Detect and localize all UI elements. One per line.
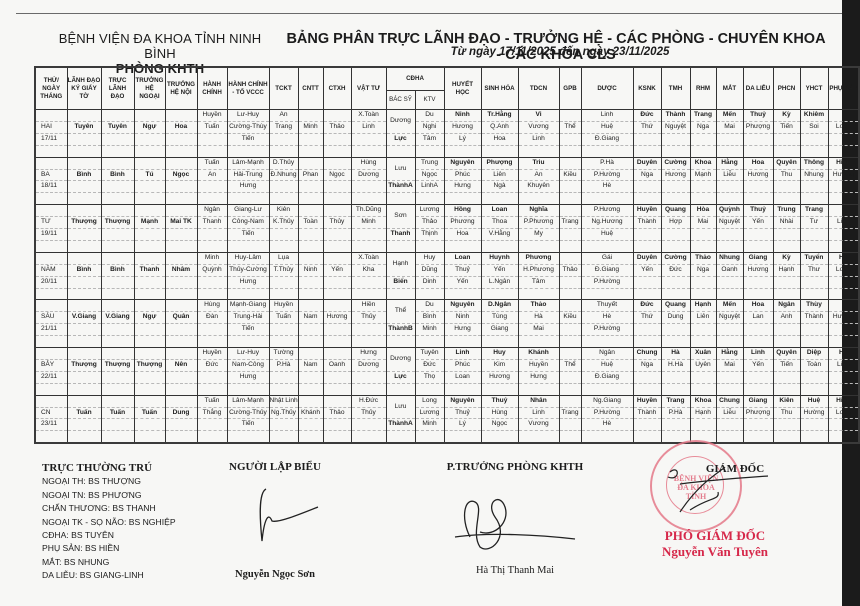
cell-blank: [165, 110, 197, 122]
hematology-cell: Hồng: [444, 205, 481, 217]
cell-blank: [323, 133, 351, 145]
day-date: 18/11: [35, 181, 67, 193]
cell-blank: [661, 276, 690, 288]
cell-blank: [386, 193, 415, 205]
cell-blank: [134, 336, 165, 348]
day-name: NĂM: [35, 264, 67, 276]
cell-blank: [559, 181, 581, 193]
admin-vccc-cell: Cường-Thủy: [227, 407, 269, 419]
cell-blank: [134, 431, 165, 443]
cell-blank: [828, 431, 859, 443]
cell-blank: [773, 419, 800, 431]
cdha-doctor-cell: Lưu: [386, 395, 415, 419]
signing-leader-cell: Bình: [67, 264, 101, 276]
cell-blank: [559, 431, 581, 443]
cell-blank: [323, 371, 351, 383]
cell-blank: [828, 133, 859, 145]
tmh-cell: Thành: [661, 110, 690, 122]
cell-blank: [101, 431, 134, 443]
day-cell-blank: [35, 336, 67, 348]
cell-blank: [633, 371, 661, 383]
cell-blank: [323, 300, 351, 312]
cell-blank: [773, 276, 800, 288]
director-signature-icon: [660, 462, 770, 522]
cell-blank: [67, 181, 101, 193]
dermatology-cell: Giang: [743, 395, 773, 407]
admin-vccc-cell: Hải-Trung: [227, 169, 269, 181]
cell-blank: [481, 193, 518, 205]
cell-blank: [165, 276, 197, 288]
cell-blank: [743, 145, 773, 157]
cdha-technician-cell: Thịnh: [415, 229, 444, 241]
day-cell-blank: [35, 288, 67, 300]
ksnk-cell: Yến: [633, 264, 661, 276]
biochemistry-cell: Kim: [481, 359, 518, 371]
cell-blank: [559, 371, 581, 383]
cell-blank: [481, 431, 518, 443]
cell-blank: [298, 240, 323, 252]
col-header-internal-head: TRƯỞNG HỆ NỘI: [165, 67, 197, 110]
phcn-cell: Anh: [773, 312, 800, 324]
hematology-cell: Phúc: [444, 169, 481, 181]
hematology-cell: Lý: [444, 133, 481, 145]
admin-cell: Quỳnh: [197, 264, 227, 276]
cell-blank: [828, 193, 859, 205]
dermatology-cell: Thuỷ: [743, 110, 773, 122]
eye-cell: Chung: [716, 395, 743, 407]
cell-blank: [633, 383, 661, 395]
cntt-cell: Ninh: [298, 264, 323, 276]
col-header-cdha-doctor: BÁC SỸ: [386, 91, 415, 110]
cell-blank: [716, 240, 743, 252]
surgical-head-cell: Tuấn: [134, 407, 165, 419]
obstetrics-cell: Hiền: [828, 395, 859, 407]
cell-blank: [298, 193, 323, 205]
rhm-cell: Uyên: [690, 359, 716, 371]
cell-blank: [518, 336, 559, 348]
cell-blank: [227, 145, 269, 157]
yhct-cell: Soi: [800, 121, 828, 133]
tckt-cell: Trang: [269, 121, 298, 133]
eye-cell: Oanh: [716, 264, 743, 276]
admin-cell: [197, 419, 227, 431]
cell-blank: [67, 419, 101, 431]
cell-blank: [101, 110, 134, 122]
resident-duty-line: MẮT: BS NHUNG: [42, 556, 176, 569]
cell-blank: [415, 193, 444, 205]
gpb-cell: Trang: [559, 217, 581, 229]
rhm-cell: Hạnh: [690, 300, 716, 312]
tdcn-cell: Tâm: [518, 276, 559, 288]
ctxh-cell: Hương: [323, 312, 351, 324]
table-row: 20/11HưngBiểnDinhYếnL.NgânTâmP.Hường: [35, 276, 859, 288]
cell-blank: [67, 229, 101, 241]
cell-blank: [444, 288, 481, 300]
cdha-technician-cell: Ngọc: [415, 169, 444, 181]
cell-blank: [323, 240, 351, 252]
biochemistry-cell: Yến: [481, 264, 518, 276]
cell-blank: [828, 145, 859, 157]
cell-blank: [67, 383, 101, 395]
tckt-cell: [269, 133, 298, 145]
cell-blank: [559, 348, 581, 360]
cell-blank: [828, 324, 859, 336]
col-header-tdcn: TDCN: [518, 67, 559, 110]
hematology-cell: Phương: [444, 217, 481, 229]
admin-vccc-cell: Nam-Công: [227, 359, 269, 371]
ctxh-cell: Thủy: [323, 217, 351, 229]
cell-blank: [269, 431, 298, 443]
cell-blank: [481, 288, 518, 300]
cell-blank: [298, 110, 323, 122]
biochemistry-cell: V.Hằng: [481, 229, 518, 241]
director-signature-block: PHÓ GIÁM ĐỐC Nguyễn Văn Tuyên: [640, 528, 790, 560]
cell-blank: [716, 145, 743, 157]
tdcn-cell: Nghĩa: [518, 205, 559, 217]
phcn-cell: Hạnh: [773, 264, 800, 276]
phcn-cell: Kỳ: [773, 110, 800, 122]
cell-blank: [690, 145, 716, 157]
table-row: [35, 431, 859, 443]
cell-blank: [828, 336, 859, 348]
cell-blank: [716, 229, 743, 241]
admin-vccc-cell: Hưng: [227, 371, 269, 383]
hematology-cell: Nguyên: [444, 157, 481, 169]
col-header-gpb: GPB: [559, 67, 581, 110]
tckt-cell: D.Thủy: [269, 157, 298, 169]
cell-blank: [716, 371, 743, 383]
table-row: 18/11HưngThànhALinhAHưngNgàKhuyênHè: [35, 181, 859, 193]
supplies-cell: Thủy: [351, 407, 386, 419]
ksnk-cell: Đức: [633, 300, 661, 312]
internal-head-cell: Nhâm: [165, 264, 197, 276]
table-row: HuyềnLư-HuyTườngHưngDươngTuyênLinhHuyKhá…: [35, 348, 859, 360]
cell-blank: [351, 288, 386, 300]
day-cell-blank: [35, 431, 67, 443]
cell-blank: [197, 431, 227, 443]
tdcn-cell: Vi: [518, 110, 559, 122]
supplies-cell: X.Toàn: [351, 252, 386, 264]
tckt-cell: [269, 371, 298, 383]
admin-cell: [197, 133, 227, 145]
tdcn-cell: Huyền: [518, 359, 559, 371]
cntt-cell: Nam: [298, 312, 323, 324]
col-header-dermatology: DA LIỄU: [743, 67, 773, 110]
table-row: BABìnhBìnhTúNgọcAnHải-TrungĐ.NhungPhanNg…: [35, 169, 859, 181]
cell-blank: [134, 229, 165, 241]
cntt-cell: Khánh: [298, 407, 323, 419]
col-header-cdha-technician: KTV: [415, 91, 444, 110]
cell-blank: [559, 383, 581, 395]
tdcn-cell: P.Phương: [518, 217, 559, 229]
day-cell-blank: [35, 395, 67, 407]
dermatology-cell: Linh: [743, 348, 773, 360]
biochemistry-cell: Phượng: [481, 157, 518, 169]
day-name: BẢY: [35, 359, 67, 371]
eye-cell: Mai: [716, 359, 743, 371]
cell-blank: [800, 145, 828, 157]
obstetrics-cell: Hà: [828, 348, 859, 360]
cell-blank: [165, 193, 197, 205]
day-cell-blank: [35, 348, 67, 360]
col-header-surgical-head: TRƯỞNG HỆ NGOẠI: [134, 67, 165, 110]
tmh-cell: Cường: [661, 252, 690, 264]
hematology-cell: Thuỷ: [444, 407, 481, 419]
cell-blank: [298, 348, 323, 360]
cell-blank: [661, 193, 690, 205]
surgical-head-cell: Thanh: [134, 264, 165, 276]
cell-blank: [101, 288, 134, 300]
tdcn-cell: Vương: [518, 419, 559, 431]
rhm-cell: Nga: [690, 264, 716, 276]
supplies-cell: [351, 276, 386, 288]
tdcn-cell: Vương: [518, 121, 559, 133]
cdha-technician-cell: Du: [415, 300, 444, 312]
supplies-cell: H.Đức: [351, 395, 386, 407]
day-name: SÁU: [35, 312, 67, 324]
cell-blank: [444, 383, 481, 395]
cell-blank: [716, 324, 743, 336]
rhm-cell: Hòa: [690, 205, 716, 217]
admin-vccc-cell: Trung-Hải: [227, 312, 269, 324]
col-header-tmh: TMH: [661, 67, 690, 110]
duty-leader-cell: Bình: [101, 264, 134, 276]
pharmacy-cell: Ng.Giang: [581, 395, 633, 407]
tckt-cell: Lụa: [269, 252, 298, 264]
pharmacy-cell: Gái: [581, 252, 633, 264]
cell-blank: [828, 371, 859, 383]
gpb-cell: Thể: [559, 359, 581, 371]
eye-cell: Nhung: [716, 252, 743, 264]
ksnk-cell: Đức: [633, 110, 661, 122]
table-row: NĂMBìnhBìnhThanhNhâmQuỳnhThủy-CườngT.Thủ…: [35, 264, 859, 276]
phcn-cell: Quyên: [773, 157, 800, 169]
phcn-cell: Trung: [773, 205, 800, 217]
internal-head-cell: Nên: [165, 359, 197, 371]
resident-duty-line: NGOẠI TK - SỌ NÃO: BS NGHIỆP: [42, 516, 176, 529]
obstetrics-cell: Loan: [828, 121, 859, 133]
cell-blank: [269, 383, 298, 395]
cell-blank: [386, 288, 415, 300]
top-border-line: [16, 13, 842, 14]
cell-blank: [67, 240, 101, 252]
cell-blank: [323, 252, 351, 264]
biochemistry-cell: Ngọc: [481, 419, 518, 431]
cell-blank: [773, 145, 800, 157]
table-row: TuấnLâm-MạnhD.ThủyHùngLưuTrungNguyênPhượ…: [35, 157, 859, 169]
cell-blank: [101, 252, 134, 264]
supplies-cell: Dương: [351, 359, 386, 371]
cell-blank: [134, 240, 165, 252]
cell-blank: [351, 336, 386, 348]
cell-blank: [743, 383, 773, 395]
cell-blank: [716, 431, 743, 443]
cell-blank: [690, 324, 716, 336]
tckt-cell: Tuấn: [269, 312, 298, 324]
cell-blank: [323, 181, 351, 193]
resident-duty-line: PHỤ SẢN: BS HIỀN: [42, 542, 176, 555]
cell-blank: [101, 324, 134, 336]
obstetrics-cell: Loan: [828, 407, 859, 419]
cell-blank: [134, 110, 165, 122]
cell-blank: [298, 324, 323, 336]
eye-cell: Mai: [716, 121, 743, 133]
cell-blank: [559, 133, 581, 145]
cdha-doctor-cell: Hạnh: [386, 252, 415, 276]
cell-blank: [690, 133, 716, 145]
cell-blank: [828, 229, 859, 241]
cdha-technician-cell: Lương: [415, 205, 444, 217]
admin-cell: [197, 371, 227, 383]
dermatology-cell: Hoa: [743, 300, 773, 312]
tmh-cell: Quang: [661, 300, 690, 312]
cell-blank: [633, 229, 661, 241]
admin-vccc-cell: Tiến: [227, 324, 269, 336]
table-row: HuyềnLư-HuyAnX.ToànDươngDuNinhTr.HằngViL…: [35, 110, 859, 122]
tmh-cell: Dung: [661, 312, 690, 324]
cell-blank: [716, 336, 743, 348]
supplies-cell: Minh: [351, 217, 386, 229]
tmh-cell: P.Hà: [661, 407, 690, 419]
cell-blank: [690, 193, 716, 205]
cell-blank: [661, 181, 690, 193]
phcn-cell: Thu: [773, 169, 800, 181]
cell-blank: [298, 205, 323, 217]
col-header-tckt: TCKT: [269, 67, 298, 110]
cell-blank: [633, 336, 661, 348]
cell-blank: [633, 145, 661, 157]
cell-blank: [773, 431, 800, 443]
admin-cell: Hùng: [197, 300, 227, 312]
cell-blank: [351, 145, 386, 157]
cell-blank: [67, 348, 101, 360]
biochemistry-cell: Thoa: [481, 217, 518, 229]
cell-blank: [67, 300, 101, 312]
hematology-cell: Hoa: [444, 229, 481, 241]
cell-blank: [101, 348, 134, 360]
supplies-cell: Thủy: [351, 312, 386, 324]
cell-blank: [351, 240, 386, 252]
ksnk-cell: Thành: [633, 217, 661, 229]
resident-duty-line: CĐHA: BS TUYÊN: [42, 529, 176, 542]
cell-blank: [559, 395, 581, 407]
cell-blank: [800, 371, 828, 383]
cell-blank: [444, 145, 481, 157]
cell-blank: [165, 431, 197, 443]
day-date: 23/11: [35, 419, 67, 431]
obstetrics-cell: Hà: [828, 252, 859, 264]
cell-blank: [415, 145, 444, 157]
admin-vccc-cell: Cường-Thùy: [227, 121, 269, 133]
pharmacy-cell: P.Hường: [581, 169, 633, 181]
cell-blank: [101, 193, 134, 205]
cntt-cell: Minh: [298, 121, 323, 133]
cdha-technician-cell: Tuyên: [415, 348, 444, 360]
cell-blank: [386, 145, 415, 157]
gpb-cell: Thảo: [559, 264, 581, 276]
cell-blank: [481, 336, 518, 348]
phcn-cell: Tiến: [773, 121, 800, 133]
duty-leader-cell: V.Giang: [101, 312, 134, 324]
cell-blank: [581, 431, 633, 443]
cell-blank: [386, 336, 415, 348]
cell-blank: [165, 300, 197, 312]
tdcn-cell: Mai: [518, 324, 559, 336]
col-header-cdha: CĐHA: [386, 67, 444, 91]
cdha-doctor-cell: ThànhB: [386, 324, 415, 336]
internal-head-cell: Quân: [165, 312, 197, 324]
resident-duty-title: TRỰC THƯỜNG TRÚ: [42, 462, 176, 475]
cell-blank: [67, 133, 101, 145]
cell-blank: [351, 193, 386, 205]
biochemistry-cell: Tùng: [481, 312, 518, 324]
admin-vccc-cell: Tiến: [227, 419, 269, 431]
cell-blank: [633, 276, 661, 288]
rhm-cell: Nga: [690, 121, 716, 133]
hematology-cell: Thuỷ: [444, 264, 481, 276]
cdha-technician-cell: Đức: [415, 359, 444, 371]
cell-blank: [298, 157, 323, 169]
cell-blank: [690, 419, 716, 431]
cell-blank: [743, 324, 773, 336]
cdha-doctor-cell: Sơn: [386, 205, 415, 229]
pharmacy-cell: P.Hà: [581, 157, 633, 169]
cell-blank: [716, 193, 743, 205]
signing-leader-cell: Tuyên: [67, 121, 101, 133]
surgical-head-cell: Tú: [134, 169, 165, 181]
day-date: 22/11: [35, 371, 67, 383]
admin-cell: Tuấn: [197, 395, 227, 407]
cell-blank: [351, 431, 386, 443]
day-cell-blank: [35, 193, 67, 205]
biochemistry-cell: Hùng: [481, 407, 518, 419]
table-row: [35, 240, 859, 252]
cell-blank: [716, 276, 743, 288]
table-row: 21/11TiếnThànhBMinhHưngGiangMaiP.Hường: [35, 324, 859, 336]
pharmacy-cell: Hè: [581, 312, 633, 324]
hematology-cell: Lý: [444, 419, 481, 431]
cell-blank: [518, 431, 559, 443]
cdha-technician-cell: Long: [415, 395, 444, 407]
dermatology-cell: Phượng: [743, 407, 773, 419]
cell-blank: [323, 193, 351, 205]
yhct-cell: Huệ: [800, 395, 828, 407]
dermatology-cell: Hương: [743, 169, 773, 181]
tdcn-cell: Linh: [518, 133, 559, 145]
biochemistry-cell: Huynh: [481, 252, 518, 264]
pharmacy-cell: Thuyết: [581, 300, 633, 312]
yhct-cell: Tư: [800, 217, 828, 229]
cdha-technician-cell: Minh: [415, 419, 444, 431]
cell-blank: [386, 431, 415, 443]
cell-blank: [298, 431, 323, 443]
biochemistry-cell: Hương: [481, 371, 518, 383]
admin-vccc-cell: Lư-Huy: [227, 110, 269, 122]
dermatology-cell: Hoa: [743, 157, 773, 169]
biochemistry-cell: Ngà: [481, 181, 518, 193]
tdcn-cell: Hà: [518, 312, 559, 324]
supplies-cell: [351, 181, 386, 193]
cell-blank: [227, 288, 269, 300]
cell-blank: [323, 419, 351, 431]
cell-blank: [690, 288, 716, 300]
cdha-doctor-cell: Lưu: [386, 157, 415, 181]
admin-vccc-cell: Công-Nam: [227, 217, 269, 229]
cell-blank: [101, 133, 134, 145]
supplies-cell: Kha: [351, 264, 386, 276]
cell-blank: [690, 336, 716, 348]
cntt-cell: Toàn: [298, 217, 323, 229]
